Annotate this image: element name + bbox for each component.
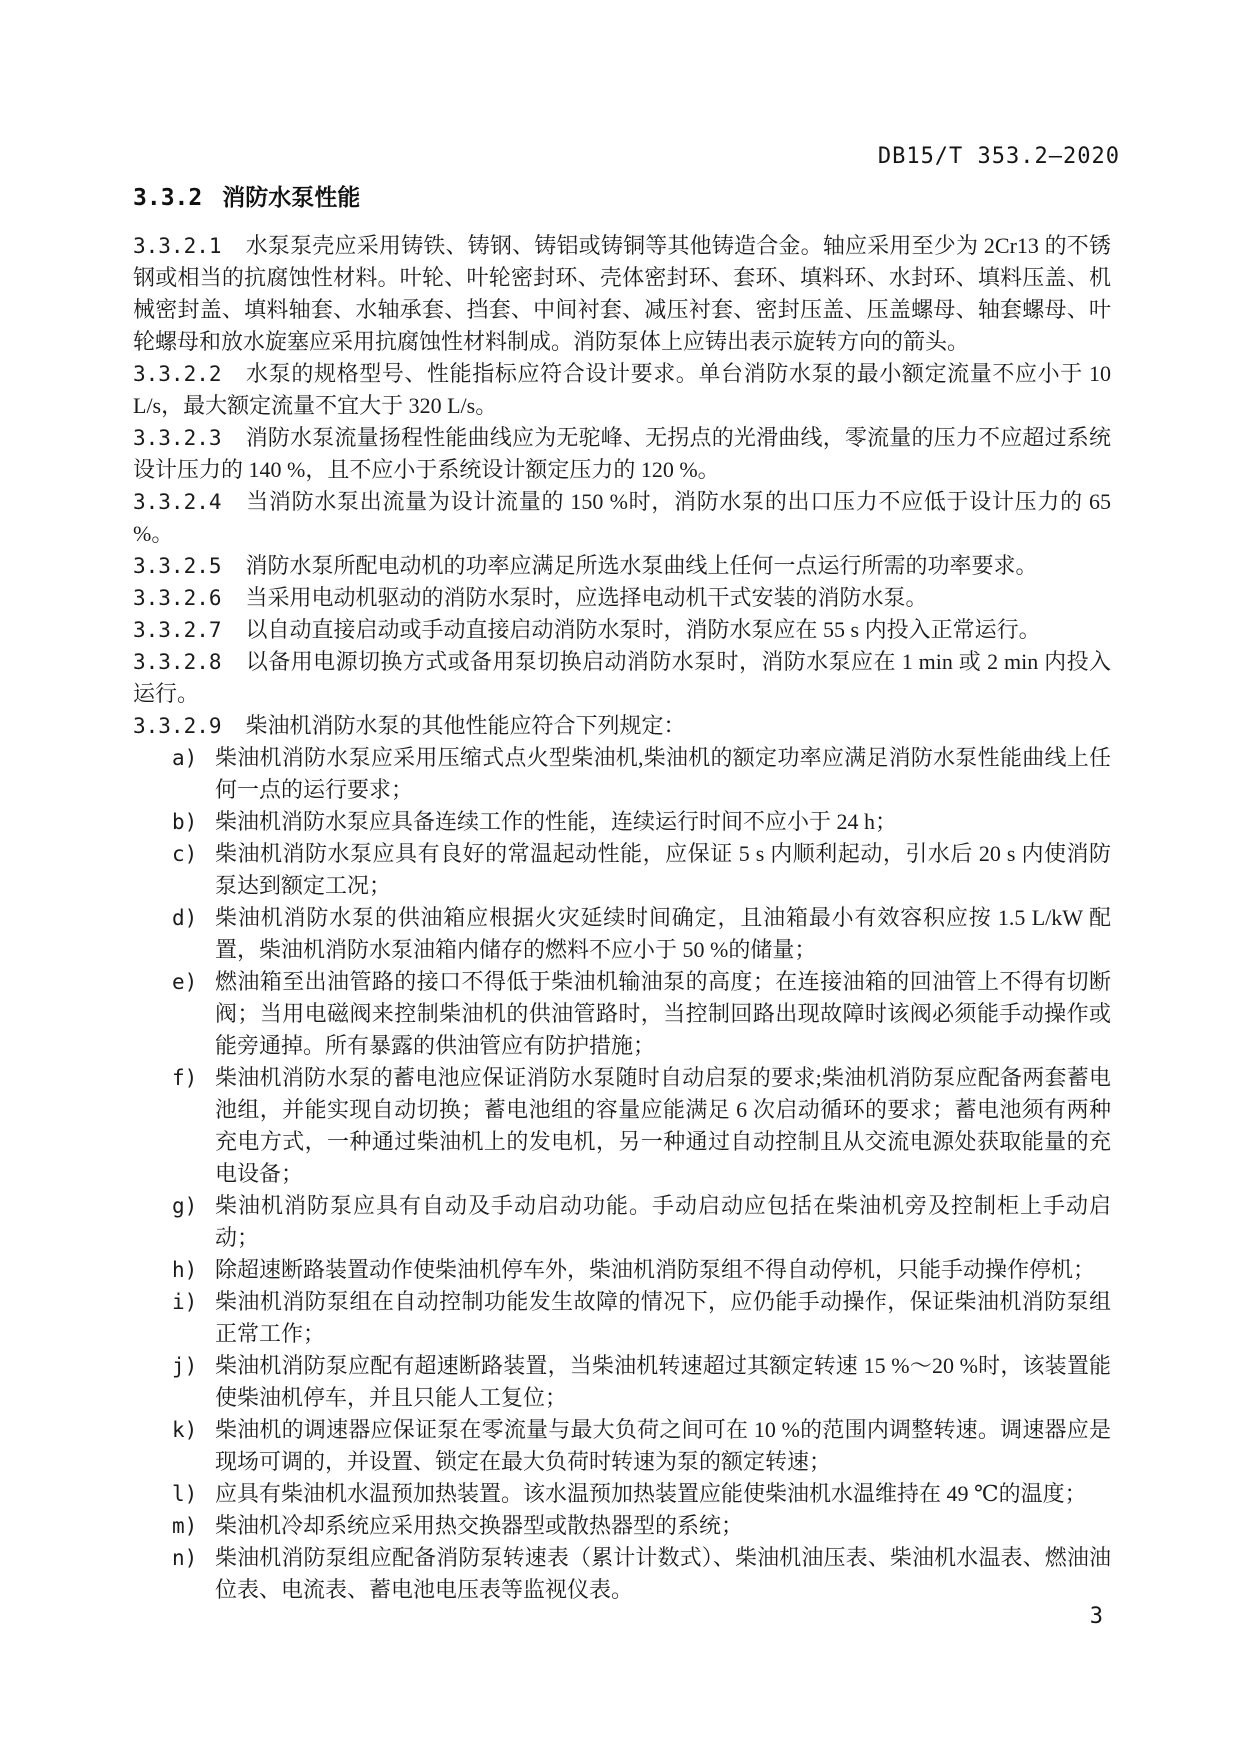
section-title: 消防水泵性能 [222, 184, 360, 210]
list-item: a)柴油机消防水泵应采用压缩式点火型柴油机,柴油机的额定功率应满足消防水泵性能曲… [133, 742, 1111, 806]
list-item-label: n) [172, 1542, 197, 1574]
clause-number: 3.3.2.4 [133, 490, 222, 514]
clause-number: 3.3.2.1 [133, 234, 222, 258]
list-item-text: 柴油机冷却系统应采用热交换器型或散热器型的系统； [215, 1513, 743, 1538]
list-item-text: 除超速断路装置动作使柴油机停车外，柴油机消防泵组不得自动停机，只能手动操作停机； [215, 1257, 1095, 1282]
list-item-text: 柴油机的调速器应保证泵在零流量与最大负荷之间可在 10 %的范围内调整转速。调速… [215, 1417, 1111, 1474]
list-item: i)柴油机消防泵组在自动控制功能发生故障的情况下，应仍能手动操作，保证柴油机消防… [133, 1286, 1111, 1350]
list-item-label: m) [172, 1510, 197, 1542]
clause-text: 消防水泵所配电动机的功率应满足所选水泵曲线上任何一点运行所需的功率要求。 [246, 553, 1038, 578]
list-item-text: 柴油机消防泵应配有超速断路装置，当柴油机转速超过其额定转速 15 %～20 %时… [215, 1353, 1111, 1410]
list-item: n)柴油机消防泵组应配备消防泵转速表（累计计数式）、柴油机油压表、柴油机水温表、… [133, 1542, 1111, 1606]
clause-paragraph: 3.3.2.7以自动直接启动或手动直接启动消防水泵时，消防水泵应在 55 s 内… [133, 614, 1111, 646]
clause-number: 3.3.2.5 [133, 554, 222, 578]
clause-paragraph: 3.3.2.3消防水泵流量扬程性能曲线应为无驼峰、无拐点的光滑曲线，零流量的压力… [133, 422, 1111, 486]
list-item: m)柴油机冷却系统应采用热交换器型或散热器型的系统； [133, 1510, 1111, 1542]
list-item-label: f) [172, 1062, 197, 1094]
document-content: 3.3.2消防水泵性能 3.3.2.1水泵泵壳应采用铸铁、铸钢、铸铝或铸铜等其他… [133, 182, 1111, 1606]
clause-number: 3.3.2.6 [133, 586, 222, 610]
list-item: f)柴油机消防水泵的蓄电池应保证消防水泵随时自动启泵的要求;柴油机消防泵应配备两… [133, 1062, 1111, 1190]
clause-number: 3.3.2.7 [133, 618, 222, 642]
list-item: e)燃油箱至出油管路的接口不得低于柴油机输油泵的高度；在连接油箱的回油管上不得有… [133, 966, 1111, 1062]
clause-text: 消防水泵流量扬程性能曲线应为无驼峰、无拐点的光滑曲线，零流量的压力不应超过系统设… [133, 425, 1111, 482]
list-item-label: l) [172, 1478, 197, 1510]
section-heading: 3.3.2消防水泵性能 [133, 182, 1111, 213]
list-item: c)柴油机消防水泵应具有良好的常温起动性能，应保证 5 s 内顺利起动，引水后 … [133, 838, 1111, 902]
clause-text: 以备用电源切换方式或备用泵切换启动消防水泵时，消防水泵应在 1 min 或 2 … [133, 649, 1111, 706]
clause-text: 当采用电动机驱动的消防水泵时，应选择电动机干式安装的消防水泵。 [246, 585, 928, 610]
clause-number: 3.3.2.2 [133, 362, 222, 386]
clause-number: 3.3.2.9 [133, 714, 222, 738]
list-item: j)柴油机消防泵应配有超速断路装置，当柴油机转速超过其额定转速 15 %～20 … [133, 1350, 1111, 1414]
clauses-container: 3.3.2.1水泵泵壳应采用铸铁、铸钢、铸铝或铸铜等其他铸造合金。轴应采用至少为… [133, 230, 1111, 1606]
document-page: DB15/T 353.2—2020 3.3.2消防水泵性能 3.3.2.1水泵泵… [0, 0, 1241, 1755]
clause-text: 水泵泵壳应采用铸铁、铸钢、铸铝或铸铜等其他铸造合金。轴应采用至少为 2Cr13 … [133, 233, 1111, 354]
clause-text: 水泵的规格型号、性能指标应符合设计要求。单台消防水泵的最小额定流量不应小于 10… [133, 361, 1111, 418]
clause-paragraph: 3.3.2.1水泵泵壳应采用铸铁、铸钢、铸铝或铸铜等其他铸造合金。轴应采用至少为… [133, 230, 1111, 358]
list-item-label: k) [172, 1414, 197, 1446]
list-item-text: 柴油机消防泵组应配备消防泵转速表（累计计数式）、柴油机油压表、柴油机水温表、燃油… [215, 1545, 1111, 1602]
list-item-text: 应具有柴油机水温预加热装置。该水温预加热装置应能使柴油机水温维持在 49 ℃的温… [215, 1481, 1087, 1506]
list-item-text: 柴油机消防水泵应具有良好的常温起动性能，应保证 5 s 内顺利起动，引水后 20… [215, 841, 1111, 898]
list-item: h)除超速断路装置动作使柴油机停车外，柴油机消防泵组不得自动停机，只能手动操作停… [133, 1254, 1111, 1286]
list-item: b)柴油机消防水泵应具备连续工作的性能，连续运行时间不应小于 24 h； [133, 806, 1111, 838]
standard-number-header: DB15/T 353.2—2020 [878, 144, 1120, 169]
section-number: 3.3.2 [133, 185, 202, 211]
list-item-label: h) [172, 1254, 197, 1286]
list-item-label: e) [172, 966, 197, 998]
clause-text: 当消防水泵出流量为设计流量的 150 %时，消防水泵的出口压力不应低于设计压力的… [133, 489, 1111, 546]
list-item-label: b) [172, 806, 197, 838]
list-item-label: c) [172, 838, 197, 870]
list-item: g)柴油机消防泵应具有自动及手动启动功能。手动启动应包括在柴油机旁及控制柜上手动… [133, 1190, 1111, 1254]
list-item-text: 燃油箱至出油管路的接口不得低于柴油机输油泵的高度；在连接油箱的回油管上不得有切断… [215, 969, 1111, 1058]
list-item-text: 柴油机消防水泵应具备连续工作的性能，连续运行时间不应小于 24 h； [215, 809, 897, 834]
list-item: l)应具有柴油机水温预加热装置。该水温预加热装置应能使柴油机水温维持在 49 ℃… [133, 1478, 1111, 1510]
clause-item-list: a)柴油机消防水泵应采用压缩式点火型柴油机,柴油机的额定功率应满足消防水泵性能曲… [133, 742, 1111, 1606]
list-item-label: i) [172, 1286, 197, 1318]
clause-number: 3.3.2.3 [133, 426, 222, 450]
list-item-text: 柴油机消防泵应具有自动及手动启动功能。手动启动应包括在柴油机旁及控制柜上手动启动… [215, 1193, 1111, 1250]
clause-text: 柴油机消防水泵的其他性能应符合下列规定： [246, 713, 686, 738]
list-item-text: 柴油机消防泵组在自动控制功能发生故障的情况下，应仍能手动操作，保证柴油机消防泵组… [215, 1289, 1111, 1346]
list-item-text: 柴油机消防水泵的供油箱应根据火灾延续时间确定，且油箱最小有效容积应按 1.5 L… [215, 905, 1111, 962]
list-item-label: g) [172, 1190, 197, 1222]
list-item-text: 柴油机消防水泵的蓄电池应保证消防水泵随时自动启泵的要求;柴油机消防泵应配备两套蓄… [215, 1065, 1111, 1186]
list-item: d)柴油机消防水泵的供油箱应根据火灾延续时间确定，且油箱最小有效容积应按 1.5… [133, 902, 1111, 966]
clause-paragraph: 3.3.2.8以备用电源切换方式或备用泵切换启动消防水泵时，消防水泵应在 1 m… [133, 646, 1111, 710]
clause-paragraph: 3.3.2.9柴油机消防水泵的其他性能应符合下列规定： [133, 710, 1111, 742]
clause-paragraph: 3.3.2.4当消防水泵出流量为设计流量的 150 %时，消防水泵的出口压力不应… [133, 486, 1111, 550]
clause-paragraph: 3.3.2.5消防水泵所配电动机的功率应满足所选水泵曲线上任何一点运行所需的功率… [133, 550, 1111, 582]
clause-number: 3.3.2.8 [133, 650, 222, 674]
list-item: k)柴油机的调速器应保证泵在零流量与最大负荷之间可在 10 %的范围内调整转速。… [133, 1414, 1111, 1478]
list-item-label: j) [172, 1350, 197, 1382]
list-item-label: a) [172, 742, 197, 774]
list-item-text: 柴油机消防水泵应采用压缩式点火型柴油机,柴油机的额定功率应满足消防水泵性能曲线上… [215, 745, 1111, 802]
list-item-label: d) [172, 902, 197, 934]
page-number: 3 [1090, 1604, 1103, 1629]
clause-paragraph: 3.3.2.6当采用电动机驱动的消防水泵时，应选择电动机干式安装的消防水泵。 [133, 582, 1111, 614]
clause-text: 以自动直接启动或手动直接启动消防水泵时，消防水泵应在 55 s 内投入正常运行。 [246, 617, 1041, 642]
clause-paragraph: 3.3.2.2水泵的规格型号、性能指标应符合设计要求。单台消防水泵的最小额定流量… [133, 358, 1111, 422]
